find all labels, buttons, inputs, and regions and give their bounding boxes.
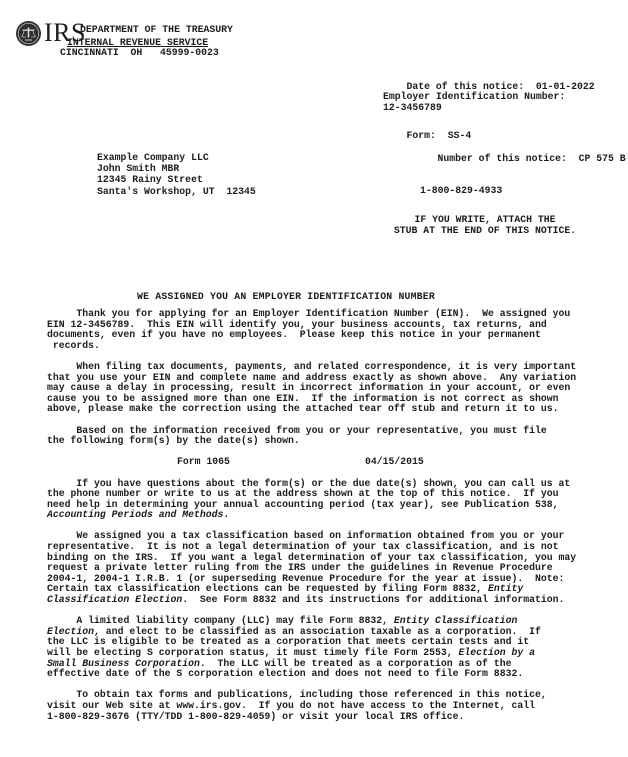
paragraph-obtain-forms: To obtain tax forms and publications, in… [47,690,627,722]
paragraph-thank-you: Thank you for applying for an Employer I… [47,309,627,351]
recipient-address-block: Example Company LLC John Smith MBR 12345… [97,152,256,197]
notice-number-label: Number of this notice: [438,153,567,164]
paragraph-tax-classification: We assigned you a tax classification bas… [47,531,627,605]
help-phone-number: 1-800-829-4933 [420,186,502,197]
form-schedule-row: Form 1065 04/15/2015 [47,457,627,468]
recipient-contact: John Smith MBR [97,163,256,174]
ein-value: 12-3456789 [383,103,442,114]
paragraph-when-filing: When filing tax documents, payments, and… [47,362,627,415]
write-attach-stub-note: IF YOU WRITE, ATTACH THE STUB AT THE END… [356,215,614,237]
recipient-city-state-zip: Santa's Workshop, UT 12345 [97,186,256,197]
notice-date-label: Date of this notice: [407,81,525,92]
recipient-company: Example Company LLC [97,152,256,163]
irs-notice-letter: IRS DEPARTMENT OF THE TREASURY INTERNAL … [0,0,628,757]
recipient-street: 12345 Rainy Street [97,174,256,185]
notice-number-line: Number of this notice:CP 575 B [414,143,626,175]
masthead-city-line: CINCINNATI OH 45999-0023 [60,48,219,59]
form-type-label: Form: [407,130,436,141]
ein-label: Employer Identification Number: [383,92,565,103]
notice-number-value: CP 575 B [567,153,626,164]
paragraph-questions: If you have questions about the form(s) … [47,479,627,521]
notice-title: WE ASSIGNED YOU AN EMPLOYER IDENTIFICATI… [0,292,572,303]
form-schedule-due-date: 04/15/2015 [365,457,424,468]
notice-body: Thank you for applying for an Employer I… [47,309,627,733]
irs-seal-icon [15,20,42,47]
notice-date-value: 01-01-2022 [524,81,595,92]
paragraph-llc-election: A limited liability company (LLC) may fi… [47,616,627,680]
form-type-value: SS-4 [436,130,471,141]
paragraph-based-on-info: Based on the information received from y… [47,426,627,447]
masthead-department-line: DEPARTMENT OF THE TREASURY [80,25,233,36]
form-schedule-name: Form 1065 [177,457,230,468]
